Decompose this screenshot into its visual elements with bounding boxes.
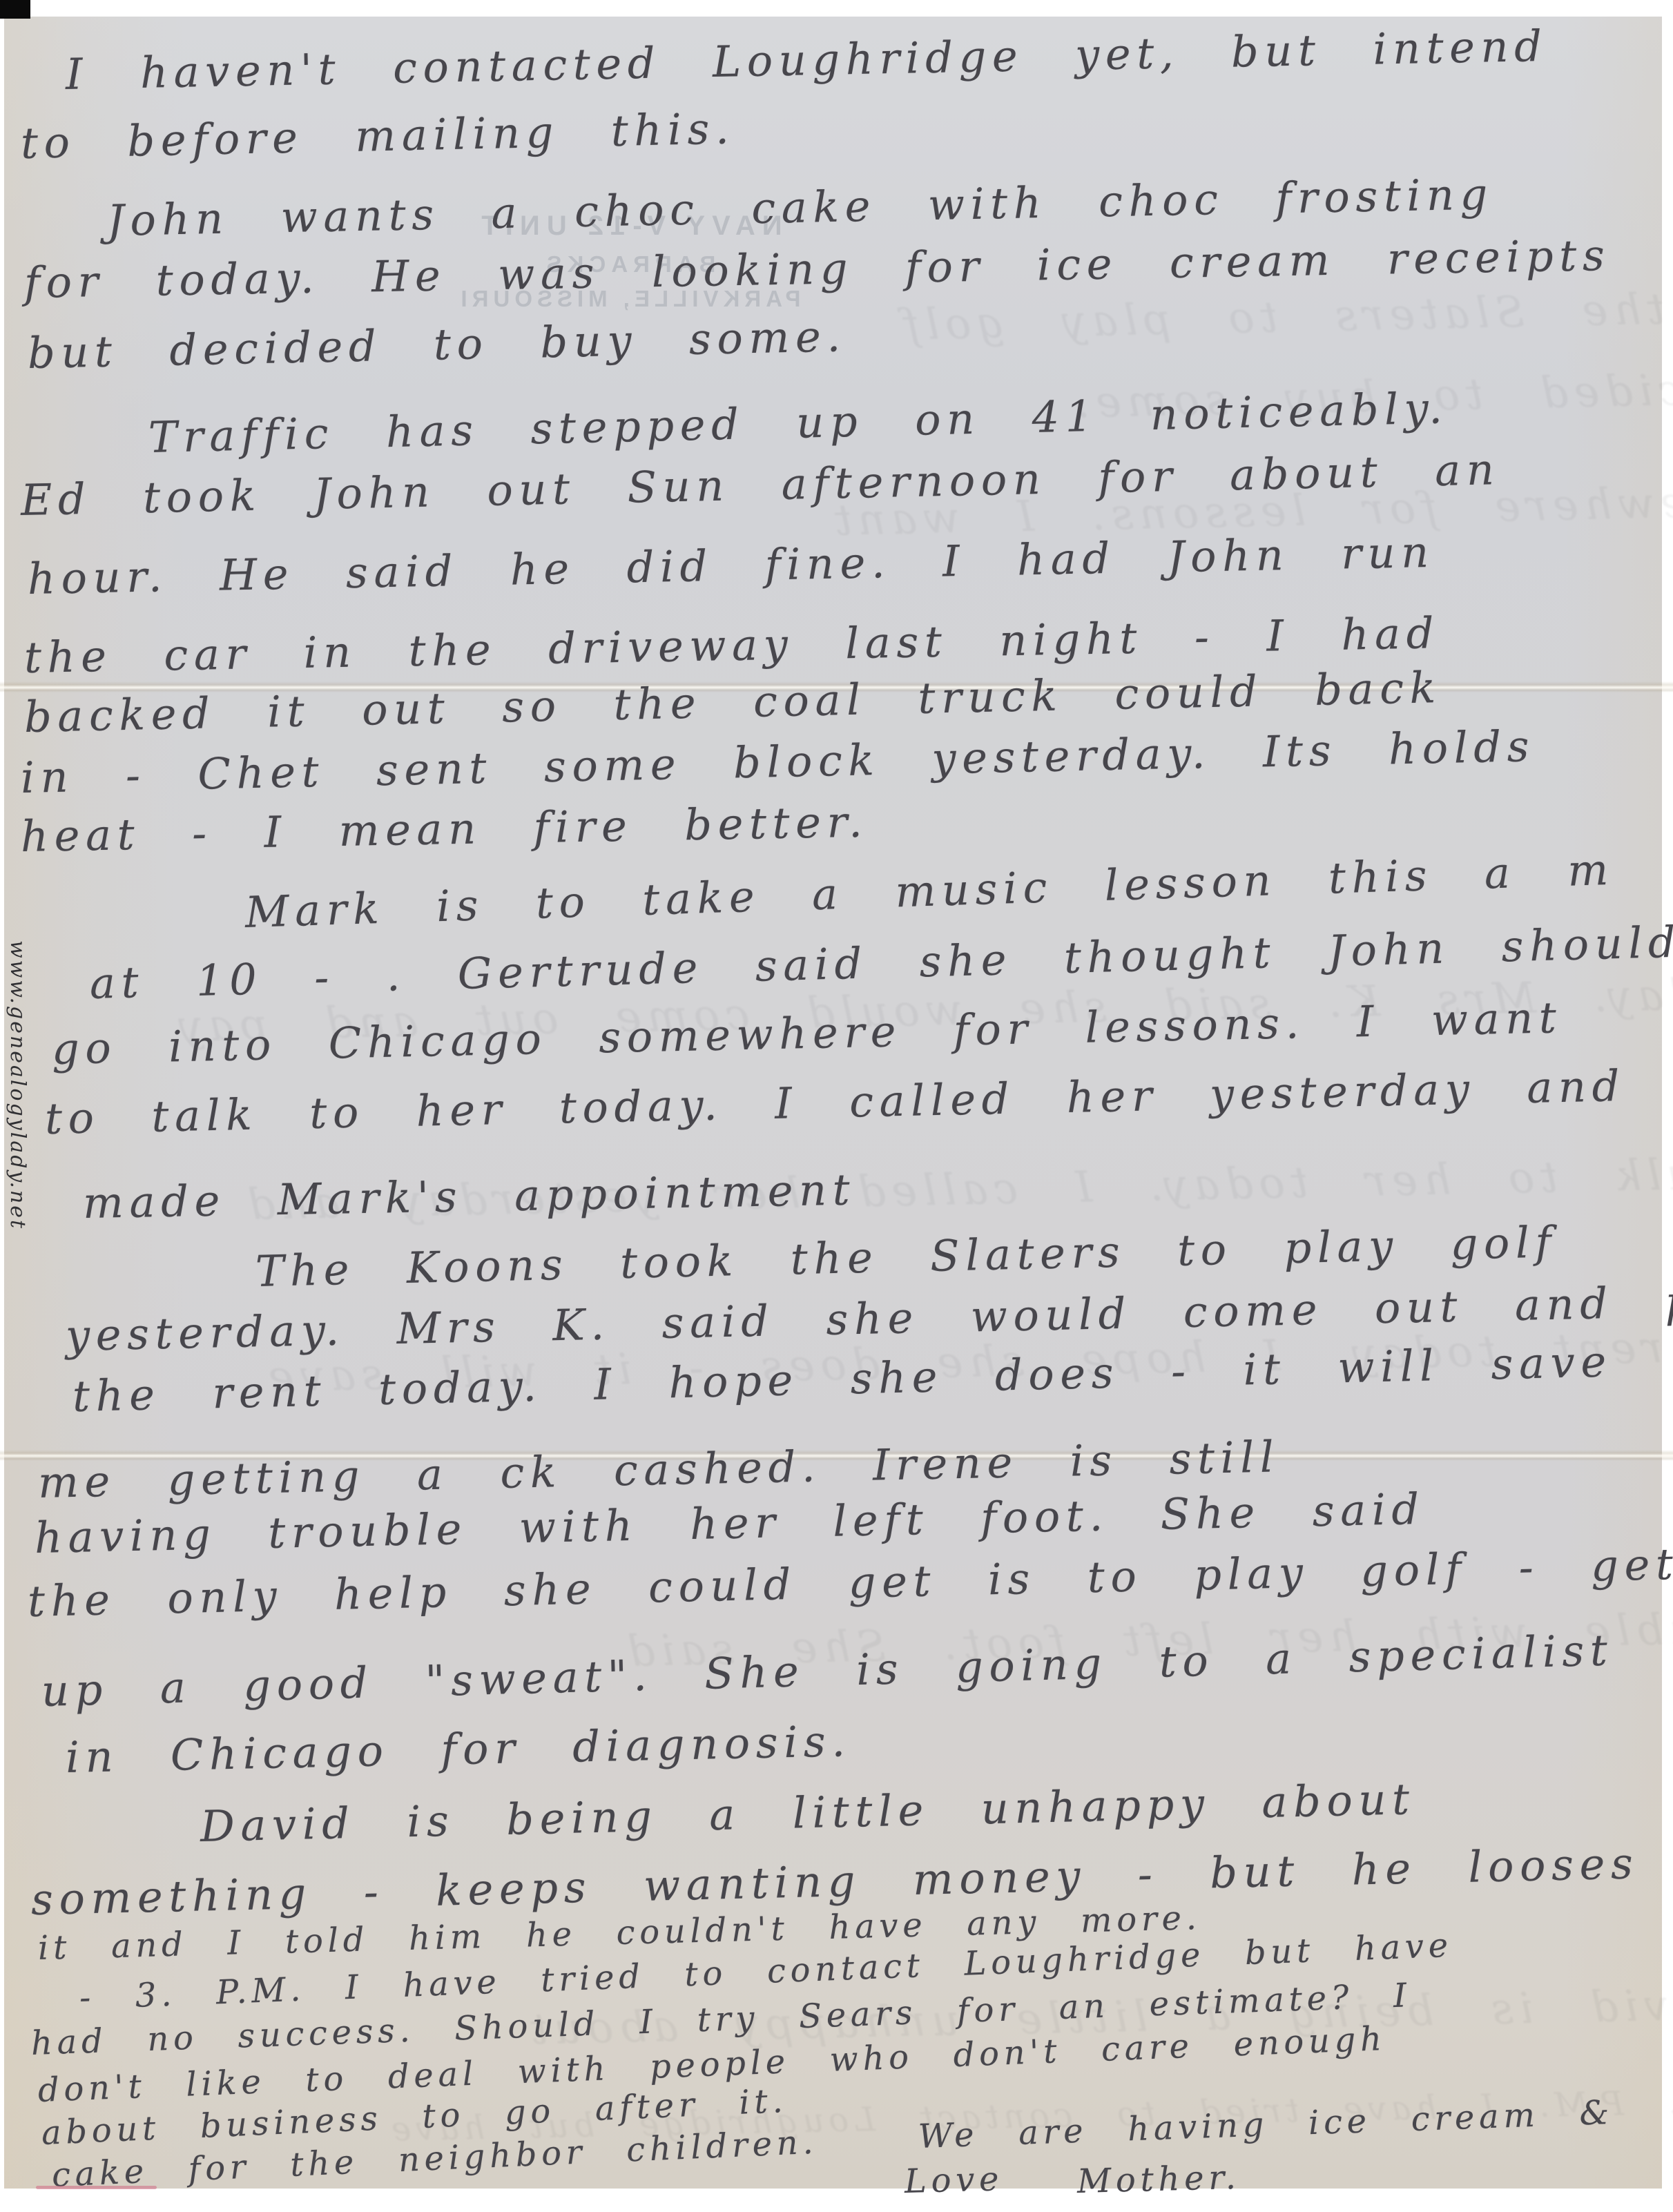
handwritten-line: Mother. <box>1076 2161 1241 2198</box>
scan-edge-mark <box>36 2186 157 2189</box>
watermark-genealogylady: www.genealogylady.net <box>6 940 30 1272</box>
scanned-letter-page: NAVY V-12 UNIT BARRACKS PARKVILLE, MISSO… <box>0 0 1673 2212</box>
handwritten-line: Love <box>904 2162 1003 2198</box>
scan-corner-artifact <box>0 0 30 19</box>
handwritten-line: made Mark's appointment <box>82 1168 855 1225</box>
